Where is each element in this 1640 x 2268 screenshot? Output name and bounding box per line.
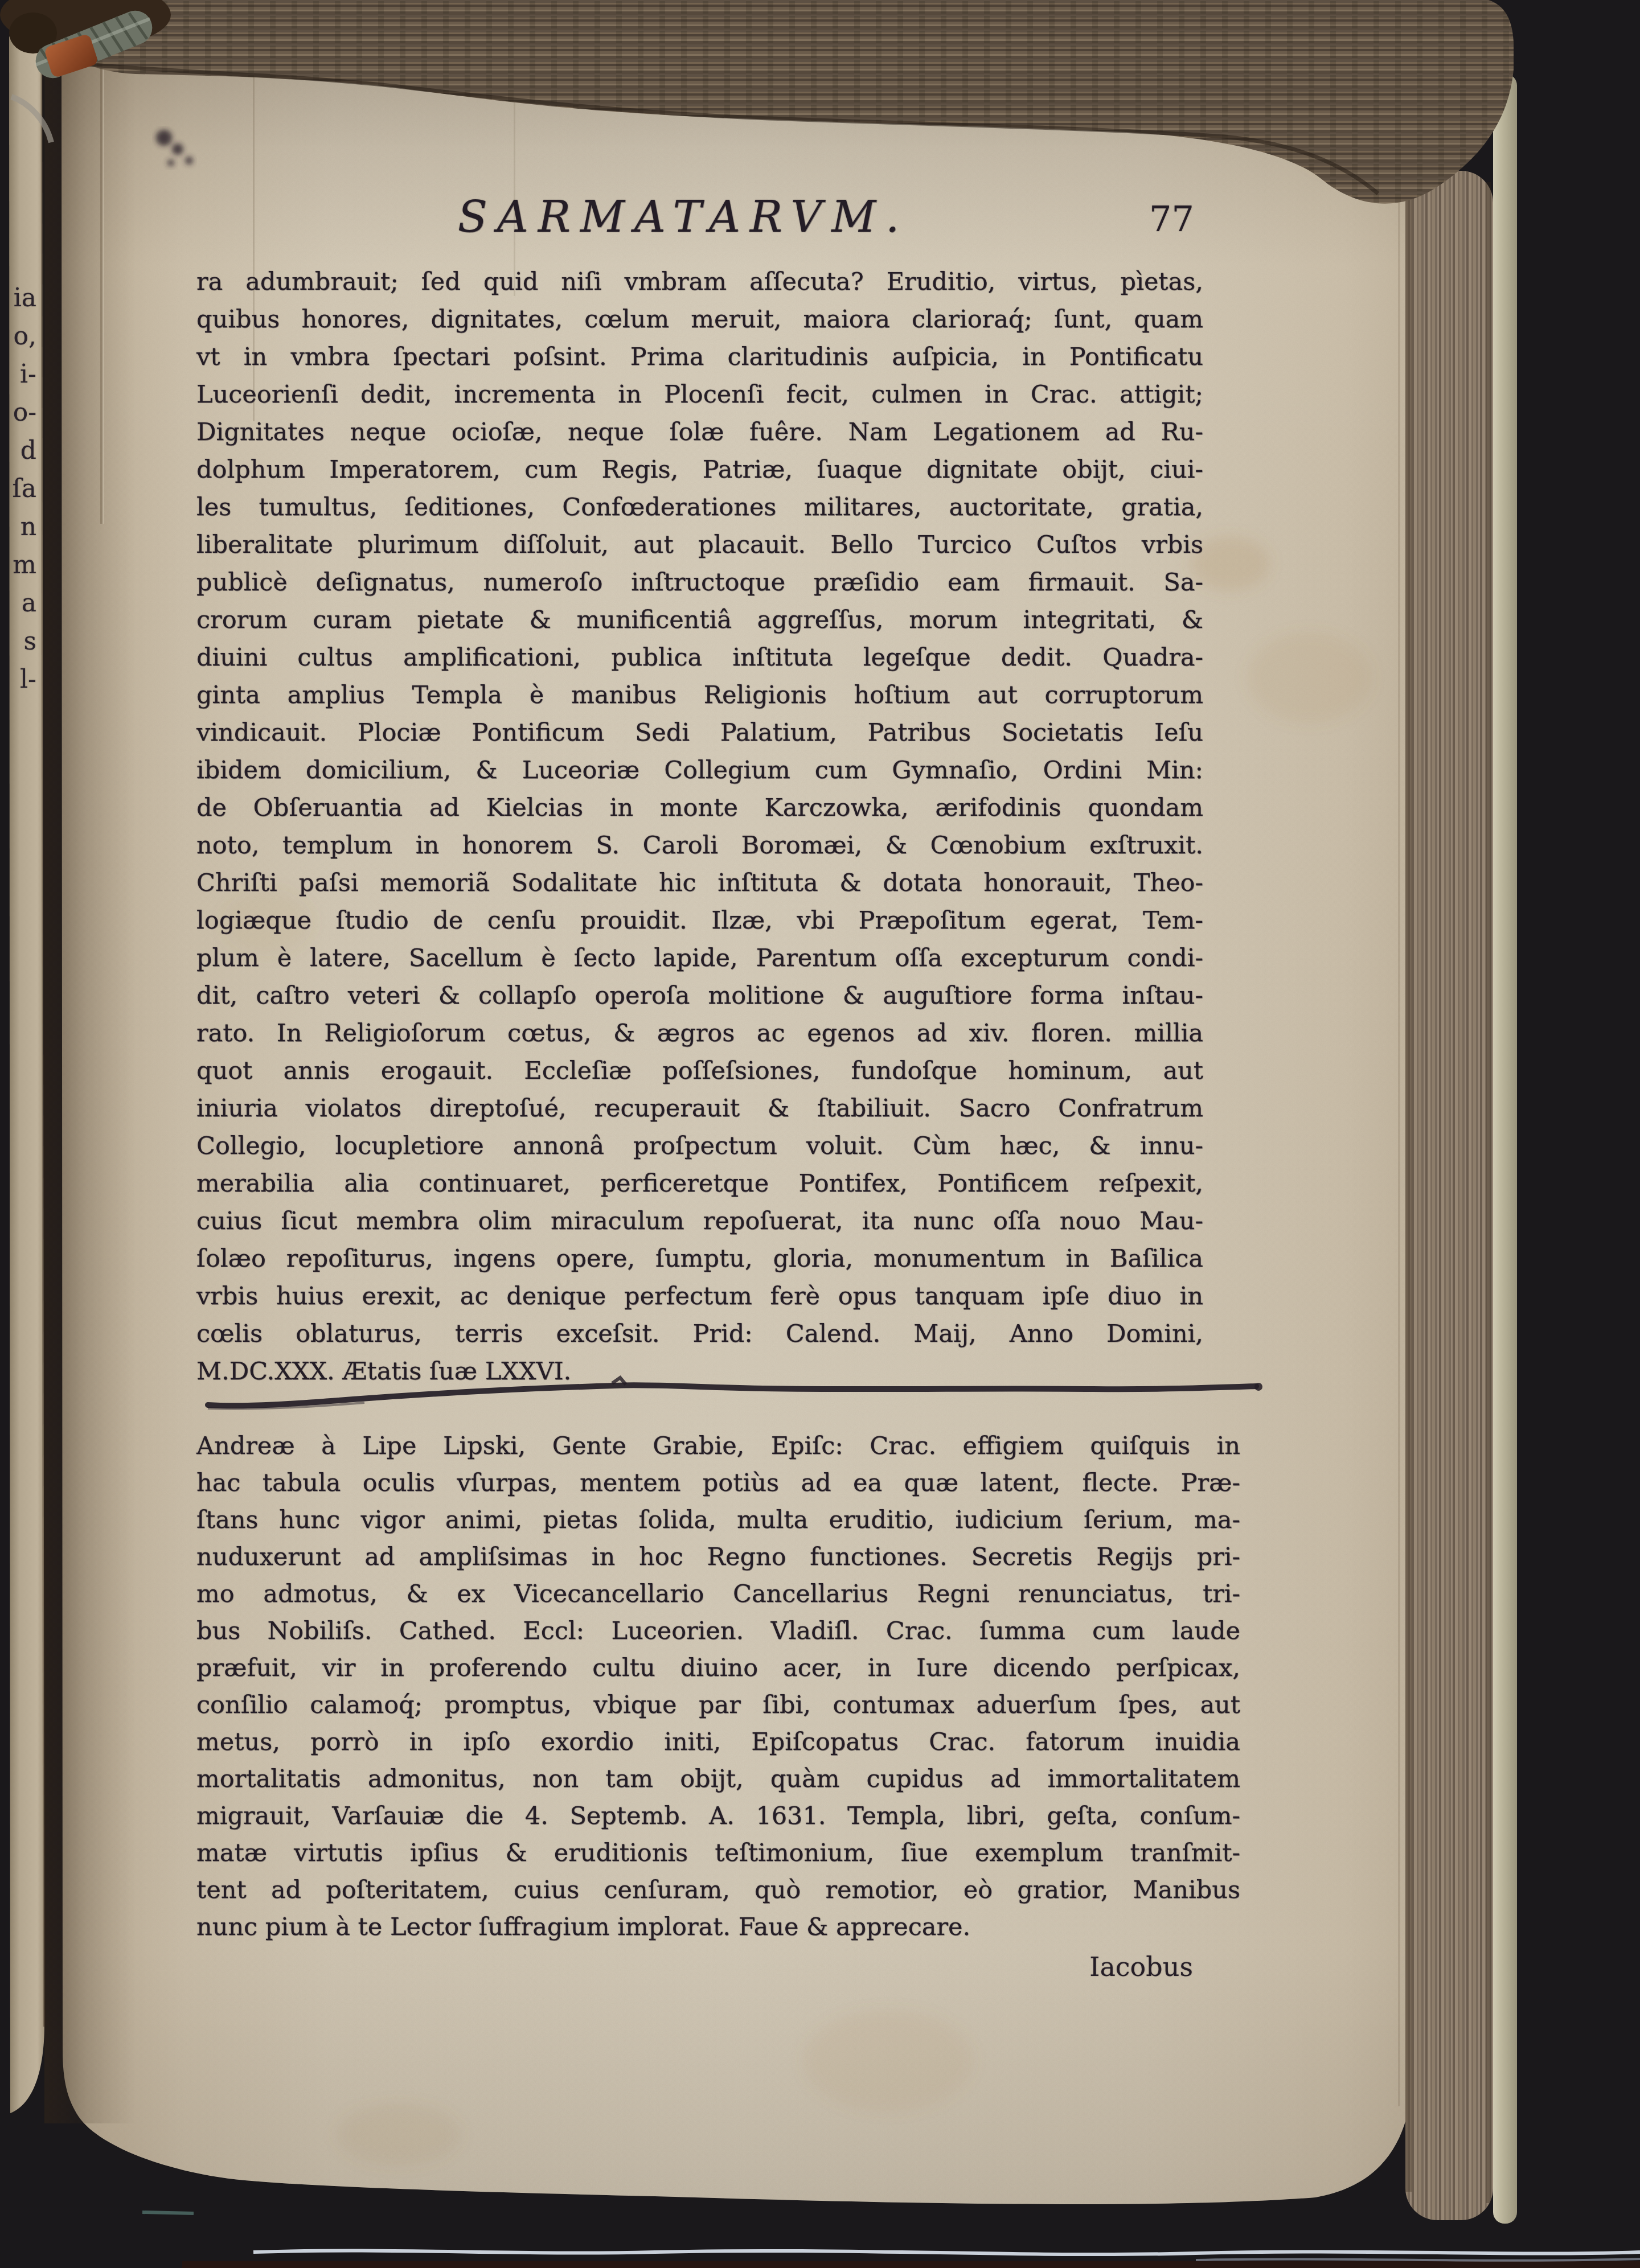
text-line: dit, caſtro veteri & collapſo operoſa mo… xyxy=(196,977,1203,1014)
text-line: Dignitates neque ocioſæ, neque ſolæ fuêr… xyxy=(196,413,1203,451)
text-line: nuduxerunt ad ampliſsimas in hoc Regno f… xyxy=(196,1539,1240,1576)
text-line: iniuria violatos direptoſué, recuperauit… xyxy=(196,1090,1203,1127)
text-line: liberalitate plurimum diſſoluit, aut pla… xyxy=(196,526,1203,564)
text-line: hac tabula oculis vſurpas, mentem potiùs… xyxy=(196,1465,1240,1502)
paragraph-epitaph: Andreæ à Lipe Lipski, Gente Grabie, Epiſ… xyxy=(196,1428,1240,1946)
text-line: quot annis erogauit. Eccleſiæ poſſeſsion… xyxy=(196,1052,1203,1090)
text-line: matæ virtutis ipſius & eruditionis teſti… xyxy=(196,1835,1240,1872)
text-line: crorum curam pietate & munificentiâ aggr… xyxy=(196,601,1203,639)
text-line: vt in vmbra ſpectari poſsint. Prima clar… xyxy=(196,338,1203,376)
paragraph-biography: ra adumbrauit; ſed quid niſi vmbram aſſe… xyxy=(196,263,1203,1390)
page-text-layer: iao,i-o-dſanmasl- SARMATARVM. 77 ra adum… xyxy=(0,0,1640,2268)
text-line: rato. In Religioſorum cœtus, & ægros ac … xyxy=(196,1014,1203,1052)
gutter-fragment: m xyxy=(0,546,36,584)
text-line: de Obſeruantia ad Kielcias in monte Karc… xyxy=(196,789,1203,827)
text-line: ſolæo repoſiturus, ingens opere, ſumptu,… xyxy=(196,1240,1203,1277)
text-line: les tumultus, ſeditiones, Confœderatione… xyxy=(196,488,1203,526)
text-line: Chriſti paſsi memoriã Sodalitate hic inſ… xyxy=(196,864,1203,902)
text-line: nunc pium à te Lector ſuffragium implora… xyxy=(196,1909,1240,1946)
text-line: dolphum Imperatorem, cum Regis, Patriæ, … xyxy=(196,451,1203,488)
text-line: cuius ſicut membra olim miraculum repoſu… xyxy=(196,1202,1203,1240)
gutter-fragment: n xyxy=(0,508,36,546)
text-line: præfuit, vir in proferendo cultu diuino … xyxy=(196,1650,1240,1687)
text-line: cœlis oblaturus, terris exceſsit. Prid: … xyxy=(196,1315,1203,1353)
text-line: diuini cultus amplificationi, publica in… xyxy=(196,639,1203,676)
text-line: conſilio calamoq́; promptus, vbique par … xyxy=(196,1687,1240,1724)
text-line: vrbis huius erexit, ac denique perfectum… xyxy=(196,1277,1203,1315)
text-line: Luceorienſi dedit, incrementa in Plocenſ… xyxy=(196,376,1203,413)
text-line: mortalitatis admonitus, non tam obijt, q… xyxy=(196,1761,1240,1798)
text-line: metus, porrò in ipſo exordio initi, Epiſ… xyxy=(196,1724,1240,1761)
text-line: ibidem domicilium, & Luceoriæ Collegium … xyxy=(196,751,1203,789)
gutter-fragment: ſa xyxy=(0,470,36,508)
text-line: merabilia alia continuaret, perficeretqu… xyxy=(196,1165,1203,1202)
gutter-fragment: a xyxy=(0,584,36,622)
text-line: ra adumbrauit; ſed quid niſi vmbram aſſe… xyxy=(196,263,1203,301)
running-title: SARMATARVM. xyxy=(268,191,1099,243)
text-line: Collegio, locupletiore annonâ proſpectum… xyxy=(196,1127,1203,1165)
text-line: ginta amplius Templa è manibus Religioni… xyxy=(196,676,1203,714)
text-line: publicè deſignatus, numeroſo inſtructoqu… xyxy=(196,564,1203,601)
gutter-fragment: d xyxy=(0,432,36,470)
text-line: mo admotus, & ex Vicecancellario Cancell… xyxy=(196,1576,1240,1613)
text-line: migrauit, Varſauiæ die 4. Septemb. A. 16… xyxy=(196,1798,1240,1835)
text-line: noto, templum in honorem S. Caroli Borom… xyxy=(196,827,1203,864)
text-line: bus Nobiliſs. Cathed. Eccl: Luceorien. V… xyxy=(196,1613,1240,1650)
gutter-text-fragments: iao,i-o-dſanmasl- xyxy=(0,279,36,699)
scanned-book-page: iao,i-o-dſanmasl- SARMATARVM. 77 ra adum… xyxy=(0,0,1640,2268)
text-line: logiæque ſtudio de cenſu prouidit. Ilzæ,… xyxy=(196,902,1203,939)
text-line: vindicauit. Plociæ Pontificum Sedi Palat… xyxy=(196,714,1203,751)
gutter-fragment: o- xyxy=(0,393,36,432)
gutter-fragment: i- xyxy=(0,355,36,393)
page-number: 77 xyxy=(1149,198,1194,240)
gutter-fragment: o, xyxy=(0,317,36,355)
text-line: Andreæ à Lipe Lipski, Gente Grabie, Epiſ… xyxy=(196,1428,1240,1465)
gutter-fragment: ia xyxy=(0,279,36,317)
gutter-fragment: s xyxy=(0,622,36,660)
text-line: ſtans hunc vigor animi, pietas ſolida, m… xyxy=(196,1502,1240,1539)
text-line: quibus honores, dignitates, cœlum meruit… xyxy=(196,301,1203,338)
signature-catchword: Iacobus xyxy=(962,1951,1193,1982)
text-line: plum è latere, Sacellum è ſecto lapide, … xyxy=(196,939,1203,977)
gutter-fragment: l- xyxy=(0,660,36,699)
text-line: tent ad poſteritatem, cuius cenſuram, qu… xyxy=(196,1872,1240,1909)
text-line: M.DC.XXX. Ætatis ſuæ LXXVI. xyxy=(196,1353,1203,1390)
